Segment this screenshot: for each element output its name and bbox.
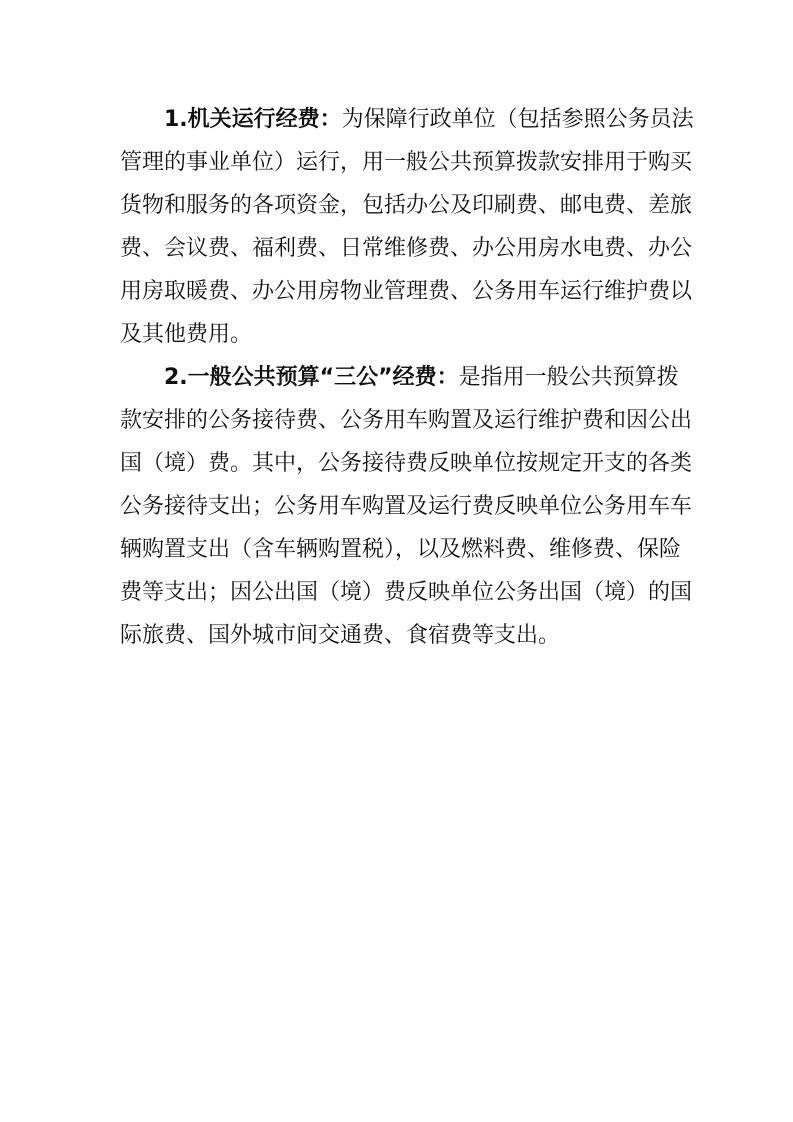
paragraph-line: 2.一般公共预算“三公”经费：是指用一般公共预算拨: [120, 356, 672, 399]
paragraph-line: 货物和服务的各项资金，包括办公及印刷费、邮电费、差旅: [120, 184, 672, 227]
paragraph-text: 是指用一般公共预算拨: [459, 365, 679, 390]
paragraph-three-public-expenses: 2.一般公共预算“三公”经费：是指用一般公共预算拨 款安排的公务接待费、公务用车…: [120, 356, 672, 657]
paragraph-line: 国（境）费。其中，公务接待费反映单位按规定开支的各类: [120, 442, 672, 485]
document-page: 1.机关运行经费：为保障行政单位（包括参照公务员法 管理的事业单位）运行，用一般…: [120, 98, 672, 657]
paragraph-line: 费、会议费、福利费、日常维修费、办公用房水电费、办公: [120, 227, 672, 270]
paragraph-line: 1.机关运行经费：为保障行政单位（包括参照公务员法: [120, 98, 672, 141]
paragraph-operating-expenses: 1.机关运行经费：为保障行政单位（包括参照公务员法 管理的事业单位）运行，用一般…: [120, 98, 672, 356]
paragraph-line: 及其他费用。: [120, 313, 672, 356]
paragraph-line: 费等支出；因公出国（境）费反映单位公务出国（境）的国: [120, 571, 672, 614]
paragraph-line: 际旅费、国外城市间交通费、食宿费等支出。: [120, 614, 672, 657]
paragraph-line: 管理的事业单位）运行，用一般公共预算拨款安排用于购买: [120, 141, 672, 184]
term-heading: 1.机关运行经费：: [164, 107, 342, 132]
term-heading: 2.一般公共预算“三公”经费：: [164, 365, 459, 390]
paragraph-text: 为保障行政单位（包括参照公务员法: [342, 107, 694, 132]
paragraph-line: 辆购置支出（含车辆购置税），以及燃料费、维修费、保险: [120, 528, 672, 571]
paragraph-line: 款安排的公务接待费、公务用车购置及运行维护费和因公出: [120, 399, 672, 442]
paragraph-line: 用房取暖费、办公用房物业管理费、公务用车运行维护费以: [120, 270, 672, 313]
paragraph-line: 公务接待支出；公务用车购置及运行费反映单位公务用车车: [120, 485, 672, 528]
